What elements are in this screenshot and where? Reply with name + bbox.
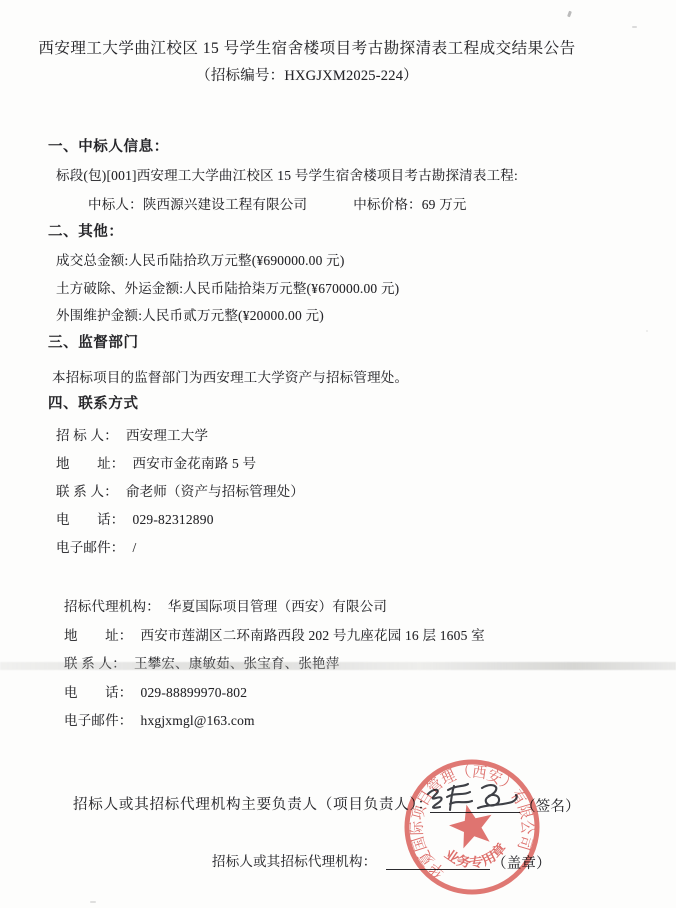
row-label: 电子邮件： — [64, 713, 133, 728]
scan-speck — [632, 26, 637, 28]
agency-row: 电子邮件：hxgjxmgl@163.com — [64, 709, 255, 729]
page-title: 西安理工大学曲江校区 15 号学生宿舍楼项目考古勘探清表工程成交结果公告 — [0, 36, 614, 58]
supervision-body: 本招标项目的监督部门为西安理工大学资产与招标管理处。 — [52, 366, 408, 386]
row-label: 地 址： — [56, 456, 125, 471]
scan-speck — [646, 330, 648, 332]
row-label: 电 话： — [56, 512, 125, 527]
row-value: 029-82312890 — [133, 512, 214, 527]
tenderer-row: 电子邮件：/ — [56, 536, 136, 556]
agency-row: 电 话：029-88899970-802 — [64, 681, 247, 701]
tender-number: （招标编号：HXGJXM2025-224） — [0, 64, 614, 85]
earthwork-amount-line: 土方破除、外运金额:人民币陆拾柒万元整(¥670000.00 元) — [56, 277, 399, 297]
tenderer-row: 招 标 人：西安理工大学 — [56, 424, 208, 444]
scan-artifact-band — [0, 662, 676, 670]
lot-description: 标段(包)[001]西安理工大学曲江校区 15 号学生宿舍楼项目考古勘探清表工程… — [56, 164, 518, 184]
star-icon — [445, 799, 498, 850]
agency-signoff-label: 招标人或其招标代理机构： — [212, 850, 376, 870]
scan-speck — [90, 901, 96, 903]
section-heading-other: 二、其他： — [48, 220, 124, 241]
row-label: 招标代理机构： — [64, 599, 160, 614]
row-value: 西安市金花南路 5 号 — [133, 456, 257, 471]
row-value: 俞老师（资产与招标管理处） — [126, 484, 304, 499]
winner-line: 中标人：陕西源兴建设工程有限公司中标价格：69 万元 — [88, 193, 467, 213]
total-amount-line: 成交总金额:人民币陆拾玖万元整(¥690000.00 元) — [56, 249, 345, 269]
section-heading-winner-info: 一、中标人信息： — [48, 135, 169, 156]
row-label: 电子邮件： — [56, 540, 125, 555]
responsible-person-label: 招标人或其招标代理机构主要负责人（项目负责人）： — [73, 793, 433, 814]
seal-caption-text: 业务专用章 — [439, 833, 512, 879]
row-label: 地 址： — [64, 628, 133, 643]
winner-label: 中标人： — [88, 197, 143, 212]
agency-row: 招标代理机构：华夏国际项目管理（西安）有限公司 — [64, 595, 387, 615]
tenderer-row: 联 系 人：俞老师（资产与招标管理处） — [56, 480, 304, 500]
row-value: 029-88899970-802 — [141, 685, 248, 700]
row-value: / — [133, 540, 137, 555]
company-seal: 华夏国际项目管理（西安）有限公司 业务专用章 — [394, 749, 550, 905]
tenderer-row: 电 话：029-82312890 — [56, 508, 214, 528]
row-value: 西安市莲湖区二环南路西段 202 号九座花园 16 层 1605 室 — [141, 628, 485, 643]
tenderer-row: 地 址：西安市金花南路 5 号 — [56, 452, 256, 472]
price-label: 中标价格： — [353, 197, 422, 212]
row-label: 联 系 人： — [56, 484, 118, 499]
section-heading-contact: 四、联系方式 — [48, 392, 139, 413]
section-heading-supervision: 三、监督部门 — [48, 331, 139, 352]
perimeter-amount-line: 外围维护金额:人民币贰万元整(¥20000.00 元) — [56, 304, 324, 324]
price-value: 69 万元 — [422, 197, 467, 212]
scan-speck — [567, 11, 572, 18]
row-label: 电 话： — [64, 685, 133, 700]
row-value: 华夏国际项目管理（西安）有限公司 — [168, 599, 387, 614]
row-value: hxgjxmgl@163.com — [141, 713, 255, 728]
row-label: 招 标 人： — [56, 428, 118, 443]
document-page: 西安理工大学曲江校区 15 号学生宿舍楼项目考古勘探清表工程成交结果公告 （招标… — [0, 0, 676, 908]
row-value: 西安理工大学 — [126, 428, 208, 443]
agency-row: 地 址：西安市莲湖区二环南路西段 202 号九座花园 16 层 1605 室 — [64, 624, 485, 644]
winner-name: 陕西源兴建设工程有限公司 — [143, 197, 307, 212]
